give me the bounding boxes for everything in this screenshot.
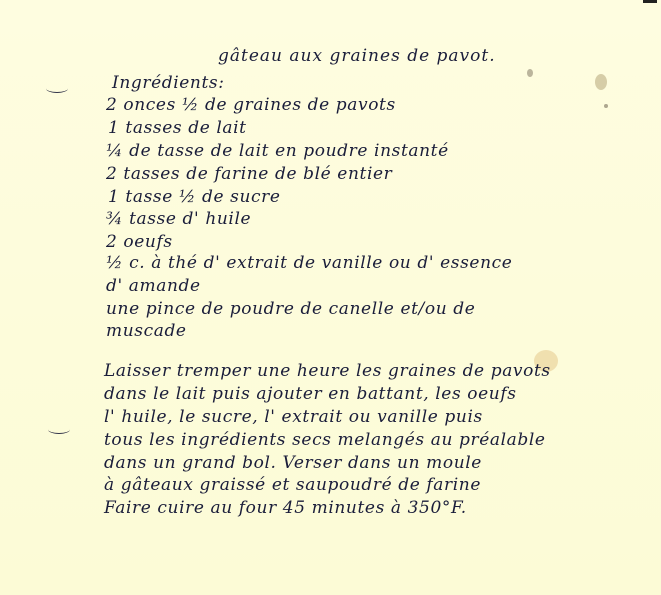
ingredient-line: 2 onces ½ de graines de pavots [106, 97, 396, 114]
stain-spot [527, 69, 533, 77]
ingredient-line: d' amande [106, 278, 201, 295]
stain-spot [604, 104, 608, 108]
instruction-line: dans un grand bol. Verser dans un moule [104, 455, 482, 472]
ingredient-line: 2 oeufs [106, 234, 173, 251]
ingredient-line: ¼ de tasse de lait en poudre instanté [106, 143, 449, 160]
margin-mark [48, 425, 70, 434]
corner-mark [643, 0, 657, 3]
ingredient-line: une pince de poudre de canelle et/ou de [106, 301, 475, 318]
instruction-line: Faire cuire au four 45 minutes à 350°F. [104, 500, 467, 517]
instruction-line: l' huile, le sucre, l' extrait ou vanill… [104, 409, 483, 426]
instruction-line: à gâteaux graissé et saupoudré de farine [104, 477, 481, 494]
recipe-paper: gâteau aux graines de pavot. Ingrédients… [0, 0, 661, 595]
ingredient-line: 2 tasses de farine de blé entier [106, 166, 392, 183]
recipe-title: gâteau aux graines de pavot. [218, 48, 496, 65]
ingredient-line: 1 tasse ½ de sucre [108, 189, 281, 206]
stain-spot [595, 74, 607, 90]
ingredients-heading: Ingrédients: [112, 75, 225, 92]
ingredient-line: ¾ tasse d' huile [106, 211, 251, 228]
ingredient-line: ½ c. à thé d' extrait de vanille ou d' e… [106, 255, 512, 272]
instruction-line: dans le lait puis ajouter en battant, le… [104, 386, 517, 403]
margin-mark [46, 84, 68, 93]
ingredient-line: muscade [106, 323, 187, 340]
instruction-line: tous les ingrédients secs melangés au pr… [104, 432, 546, 449]
ingredient-line: 1 tasses de lait [108, 120, 247, 137]
instruction-line: Laisser tremper une heure les graines de… [104, 363, 551, 380]
